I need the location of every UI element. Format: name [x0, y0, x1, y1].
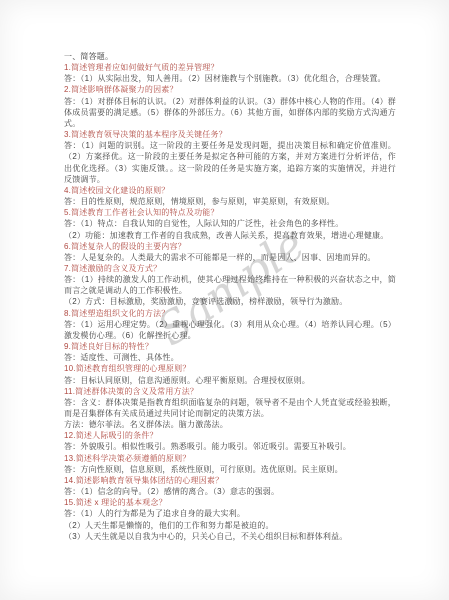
qa-item: 6.简述复杂人的假设的主要内容？ 答：人是复杂的。人类最大的需求不可能都是一样的… — [64, 241, 396, 263]
answer-paragraph: 答：外貌吸引。相似性吸引。熟悉吸引。能力吸引。邻近吸引。需要互补吸引。 — [64, 441, 396, 452]
qa-item: 3.简述教育领导决策的基本程序及关键任务？ 答：（1）问题的识别。这一阶段的主要… — [64, 129, 396, 185]
qa-item: 13.简述科学决策必须遵循的原则？ 答：方向性原则，信息原则，系统性原则，可行原… — [64, 453, 396, 475]
answer-paragraph: （2）方式：目标激励，奖励激励，竞赛评选激励，榜样激励，领导行为激励。 — [64, 296, 396, 307]
answer-paragraph: 答：（1）问题的识别。这一阶段的主要任务是发现问题，提出决策目标和确定价值准则。… — [64, 140, 396, 185]
answer-paragraph: 答：（1）对群体目标的认识。（2）对群体利益的认识。（3）群体中核心人物的作用。… — [64, 96, 396, 129]
text-column: 一、简答题。 1.简述管理者应如何做好气质的差异管理？ 答：（1）从实际出发，知… — [64, 51, 396, 542]
answer-paragraph: 答：人是复杂的。人类最大的需求不可能都是一样的，而是因人、因事、因地而异的。 — [64, 252, 396, 263]
question-text: 6.简述复杂人的假设的主要内容？ — [64, 241, 396, 252]
answer-paragraph: （3）人天生就是以自我为中心的，只关心自己，不关心组织目标和群体利益。 — [64, 531, 396, 542]
qa-item: 14.简述影响教育领导集体团结的心理因素？ 答：（1）信念的向导。（2）感情的离… — [64, 475, 396, 497]
question-text: 12.简述人际吸引的条件？ — [64, 430, 396, 441]
qa-item: 8.简述塑造组织文化的方法？ 答：（1）运用心理定势。（2）重视心理强化。（3）… — [64, 308, 396, 341]
answer-paragraph: 答：（1）从实际出发，知人善用。（2）因材施教与个别施教。（3）优化组合，合理装… — [64, 73, 396, 84]
qa-item: 7.简述激励的含义及方式？ 答：（1）持续的激发人的工作动机，使其心理过程始终维… — [64, 263, 396, 308]
question-text: 7.简述激励的含义及方式？ — [64, 263, 396, 274]
answer-paragraph: 答：含义：群体决策是指教育组织面临复杂的问题，领导者不是由个人凭直觉或经验独断，… — [64, 397, 396, 419]
qa-item: 11.简述群体决策的含义及常用方法？ 答：含义：群体决策是指教育组织面临复杂的问… — [64, 386, 396, 431]
qa-item: 15.简述 x 理论的基本观念？ 答：（1）人的行为都是为了追求自身的最大实利。… — [64, 497, 396, 542]
qa-item: 10.简述教育组织管理的心理原则？ 答：目标认同原则，信息沟通原则。心理平衡原则… — [64, 363, 396, 385]
answer-paragraph: 答：目的性原则，规范原则，情境原则，参与原则，审美原则，有效原则。 — [64, 196, 396, 207]
answer-paragraph: 答：（1）特点：自我认知的自觉性，人际认知的广泛性，社会角色的多样性。 — [64, 218, 396, 229]
answer-paragraph: （2）人天生都是懒惰的，他们的工作和努力都是被迫的。 — [64, 520, 396, 531]
answer-paragraph: 答：（1）持续的激发人的工作动机，使其心理过程始终维持在一种积极的兴奋状态之中，… — [64, 274, 396, 296]
question-text: 3.简述教育领导决策的基本程序及关键任务？ — [64, 129, 396, 140]
question-text: 5.简述教育工作者社会认知的特点及功能？ — [64, 207, 396, 218]
answer-paragraph: 答：方向性原则，信息原则，系统性原则，可行原则。选优原则。民主原则。 — [64, 464, 396, 475]
qa-list: 1.简述管理者应如何做好气质的差异管理？ 答：（1）从实际出发，知人善用。（2）… — [64, 62, 396, 542]
answer-paragraph: 答：（1）人的行为都是为了追求自身的最大实利。 — [64, 508, 396, 519]
question-text: 11.简述群体决策的含义及常用方法？ — [64, 386, 396, 397]
answer-paragraph: （2）功能：加速教育工作者的自我成熟，改善人际关系，提高教育效果，增进心理健康。 — [64, 230, 396, 241]
answer-paragraph: 答：适度性、可测性、具体性。 — [64, 352, 396, 363]
question-text: 8.简述塑造组织文化的方法？ — [64, 308, 396, 319]
answer-paragraph: 答：（1）运用心理定势。（2）重视心理强化。（3）利用从众心理。（4）培养认同心… — [64, 319, 396, 341]
question-text: 13.简述科学决策必须遵循的原则？ — [64, 453, 396, 464]
answer-paragraph: 方法：德尔菲法。名义群体法。脑力激荡法。 — [64, 419, 396, 430]
answer-paragraph: 答：目标认同原则，信息沟通原则。心理平衡原则。合理授权原则。 — [64, 375, 396, 386]
qa-item: 1.简述管理者应如何做好气质的差异管理？ 答：（1）从实际出发，知人善用。（2）… — [64, 62, 396, 84]
qa-item: 9.简述良好目标的特性？ 答：适度性、可测性、具体性。 — [64, 341, 396, 363]
question-text: 10.简述教育组织管理的心理原则？ — [64, 363, 396, 374]
question-text: 4.简述校园文化建设的原则？ — [64, 185, 396, 196]
qa-item: 12.简述人际吸引的条件？ 答：外貌吸引。相似性吸引。熟悉吸引。能力吸引。邻近吸… — [64, 430, 396, 452]
document-page: Sample 一、简答题。 1.简述管理者应如何做好气质的差异管理？ 答：（1）… — [0, 0, 449, 600]
question-text: 15.简述 x 理论的基本观念？ — [64, 497, 396, 508]
question-text: 2.简述影响群体凝聚力的因素？ — [64, 84, 396, 95]
question-text: 14.简述影响教育领导集体团结的心理因素？ — [64, 475, 396, 486]
answer-paragraph: 答：（1）信念的向导。（2）感情的离合。（3）意志的强弱。 — [64, 486, 396, 497]
question-text: 9.简述良好目标的特性？ — [64, 341, 396, 352]
question-text: 1.简述管理者应如何做好气质的差异管理？ — [64, 62, 396, 73]
qa-item: 2.简述影响群体凝聚力的因素？ 答：（1）对群体目标的认识。（2）对群体利益的认… — [64, 84, 396, 129]
section-title: 一、简答题。 — [64, 51, 396, 62]
qa-item: 4.简述校园文化建设的原则？ 答：目的性原则，规范原则，情境原则，参与原则，审美… — [64, 185, 396, 207]
qa-item: 5.简述教育工作者社会认知的特点及功能？ 答：（1）特点：自我认知的自觉性，人际… — [64, 207, 396, 240]
